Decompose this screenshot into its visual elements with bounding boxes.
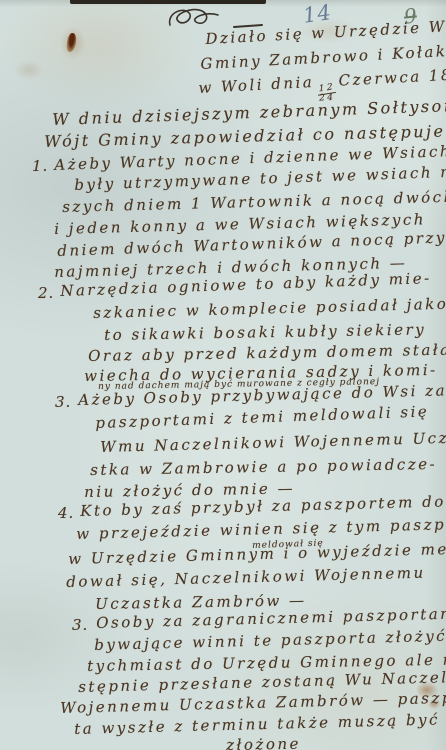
item-2-line: szkaniec w komplecie posiadał jako	[93, 295, 446, 322]
item-2-line: to sikawki bosaki kubły siekiery	[104, 320, 426, 344]
item-5-number: 3.	[72, 616, 88, 634]
item-3-number: 3.	[55, 393, 71, 411]
manuscript-page: Ażeby Osoby przybywające do Wsi za Oraz …	[0, 0, 446, 750]
stain-left	[14, 60, 44, 80]
item-4-line: dował się, Naczelnikowi Wojennemu	[66, 564, 426, 591]
item-5-underlined-word: złożone	[226, 735, 301, 750]
item-4-number: 4.	[58, 504, 74, 522]
page-edge-mark	[70, 0, 266, 4]
date-suffix: Czerwca 1865	[338, 64, 446, 89]
item-3-line: stka w Zambrowie a po powiadcze-	[90, 455, 437, 479]
item-3-line: Wmu Naczelnikowi Wojennemu Ucza-	[100, 428, 446, 456]
item-2-number: 2.	[38, 284, 54, 302]
item-1-number: 1.	[32, 157, 48, 175]
date-prefix: w Woli dnia	[198, 73, 315, 97]
